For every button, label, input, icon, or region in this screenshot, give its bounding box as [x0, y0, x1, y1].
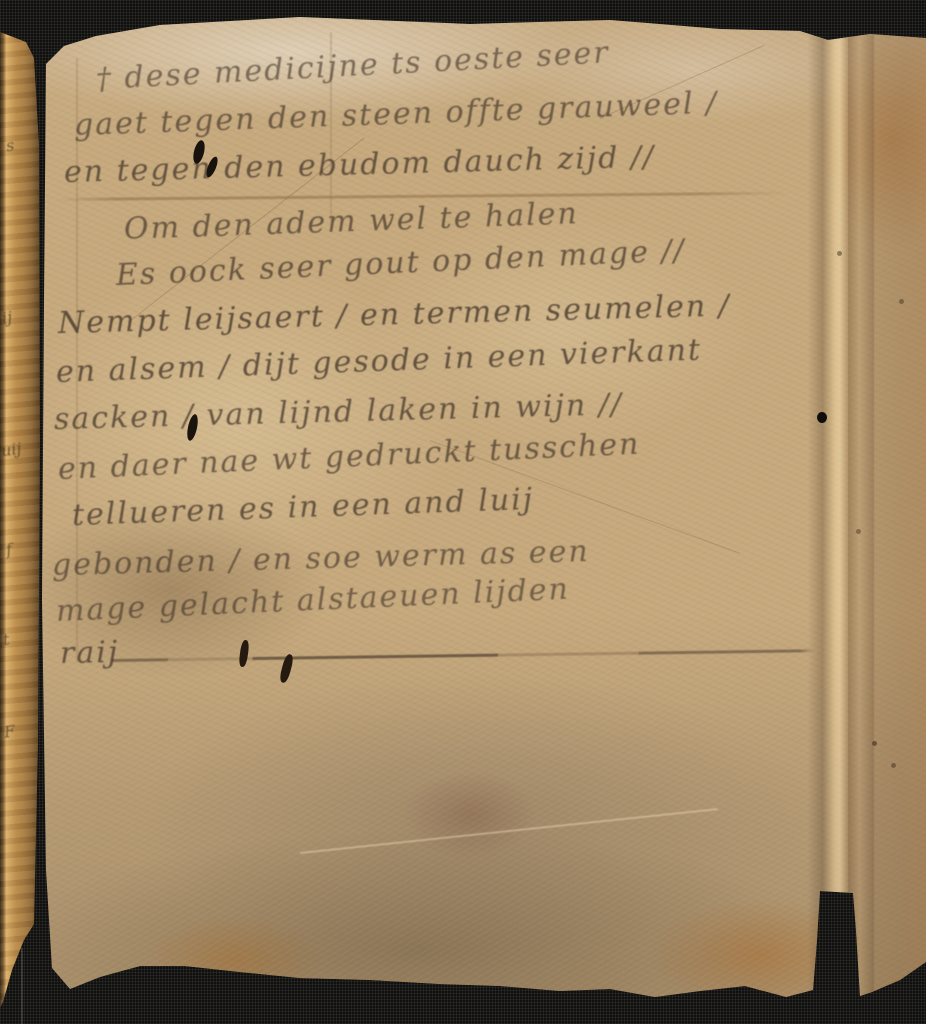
parchment-hole	[817, 412, 827, 423]
strip-ink-mark: uij	[0, 439, 23, 461]
manuscript-photograph: s ij uij f t F † dese medicijne ts oeste…	[0, 0, 926, 1024]
horizontal-rule-line	[58, 192, 788, 201]
manuscript-line: † dese medicijne ts oeste seer	[95, 35, 610, 97]
strip-ink-mark: f	[5, 540, 14, 560]
manuscript-line: sacken / van lijnd laken in wijn //	[54, 387, 624, 437]
manuscript-line: en daer nae wt gedruckt tusschen	[57, 427, 641, 487]
strip-ink-mark: F	[3, 721, 17, 741]
crease-scratch	[300, 808, 718, 854]
manuscript-line: gaet tegen den steen offte grauweel /	[73, 86, 718, 143]
strip-ink-mark: s	[5, 136, 16, 156]
strip-ink-mark: t	[2, 630, 11, 650]
dark-specks	[0, 0, 3, 3]
strip-ink-mark: ij	[1, 307, 14, 327]
manuscript-line: raij	[60, 635, 120, 671]
sleeve-edge-glint	[21, 948, 23, 1024]
right-flap-shading	[848, 26, 926, 1001]
horizontal-rule-line	[112, 649, 814, 662]
parchment-slit-hole	[238, 640, 250, 668]
manuscript-line: Om den adem wel te halen	[123, 196, 579, 247]
parchment-page: † dese medicijne ts oeste seer gaet tege…	[0, 0, 926, 1024]
manuscript-line: en tegen den ebudom dauch zijd //	[64, 140, 656, 190]
previous-page-edge: s ij uij f t F	[0, 24, 42, 1012]
manuscript-line: tellueren es in een and luij	[71, 482, 534, 533]
manuscript-line: en alsem / dijt gesode in een vierkant	[55, 332, 702, 390]
manuscript-line: Nempt leijsaert / en termen seumelen /	[58, 288, 732, 341]
